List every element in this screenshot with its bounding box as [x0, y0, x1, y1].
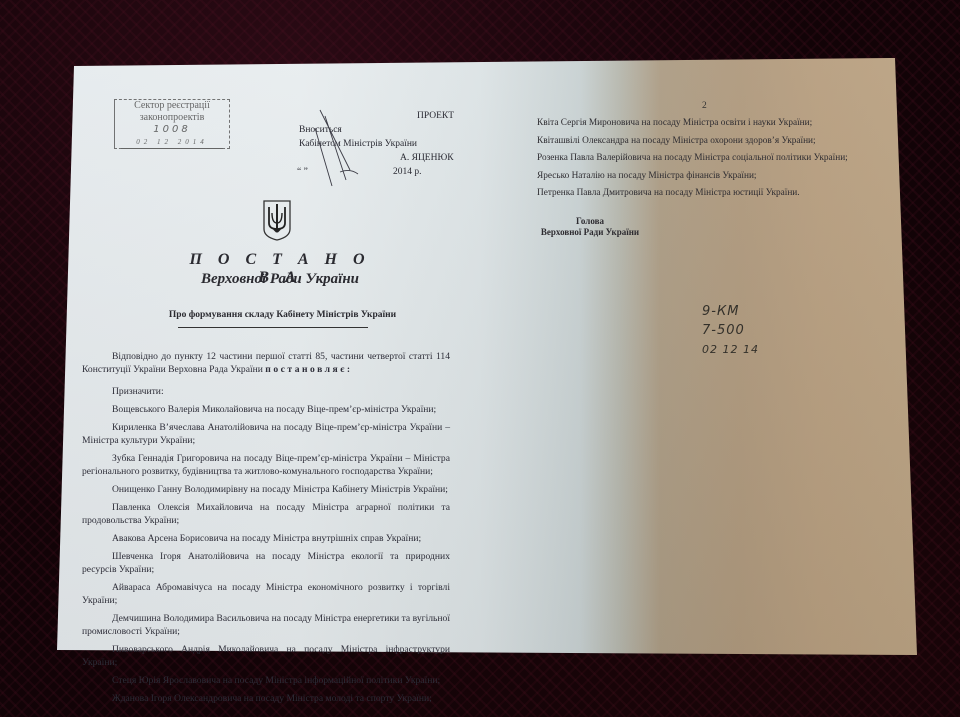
project-label: ПРОЕКТ [417, 111, 454, 121]
document-subtitle: Верховної Ради України [170, 271, 390, 288]
signature-title: Голова [538, 216, 642, 227]
appointment-item: Демчишина Володимира Васильовича на поса… [82, 612, 450, 638]
handwritten-note: 9-КМ 7-500 02 12 14 [702, 302, 759, 359]
appointment-item: Яресько Наталію на посаду Міністра фінан… [537, 168, 848, 186]
stamp-number: 1008 [115, 124, 229, 136]
stamp-date: 02 12 2014 [121, 136, 223, 149]
stamp-line-1: Сектор реєстрації [115, 100, 229, 112]
page-number: 2 [702, 101, 707, 111]
appointment-item: Вощевського Валерія Миколайовича на поса… [82, 403, 450, 416]
signature-org: Верховної Ради України [538, 227, 642, 238]
appointment-item: Стеця Юрія Ярославовича на посаду Мініст… [82, 674, 450, 687]
appointment-item: Шевченка Ігоря Анатолійовича на посаду М… [82, 550, 450, 576]
appointment-item: Пивоварського Андрія Миколайовича на пос… [82, 643, 450, 669]
appointment-item: Онищенко Ганну Володимирівну на посаду М… [82, 483, 450, 496]
date-quotes: “ ” [297, 167, 308, 177]
signature-block: Голова Верховної Ради України [538, 216, 642, 238]
appointment-item: Жданова Ігоря Олександровича на посаду М… [82, 692, 450, 705]
appointment-item: Квіташвілі Олександра на посаду Міністра… [537, 133, 848, 151]
appointment-item: Павленка Олексія Михайловича на посаду М… [82, 501, 450, 527]
appointment-item: Петренка Павла Дмитровича на посаду Міні… [537, 185, 848, 203]
year-label: 2014 р. [393, 167, 422, 177]
appointment-item: Квіта Сергія Мироновича на посаду Мініст… [537, 115, 848, 133]
heading-divider [178, 327, 368, 328]
appointment-item: Зубка Геннадія Григоровича на посаду Віц… [82, 452, 450, 478]
stamp-line-2: законопроектів [115, 112, 229, 124]
appointment-item: Айвараса Абромавічуса на посаду Міністра… [82, 581, 450, 607]
handwritten-line-2: 7-500 [702, 321, 759, 340]
appointments-list-page-2: Квіта Сергія Мироновича на посаду Мініст… [537, 115, 848, 203]
appointment-item: Кириленка В’ячеслава Анатолійовича на по… [82, 421, 450, 447]
registration-stamp: Сектор реєстрації законопроектів 1008 02… [114, 99, 230, 149]
trident-coat-of-arms-icon [262, 199, 292, 241]
preamble-emphasis: постановляє: [265, 364, 352, 375]
appointments-list-page-1: Вощевського Валерія Миколайовича на поса… [82, 403, 450, 705]
appointment-item: Розенка Павла Валерійовича на посаду Мін… [537, 150, 848, 168]
signature-mark [310, 108, 370, 188]
signatory-name: А. ЯЦЕНЮК [400, 153, 454, 163]
handwritten-line-1: 9-КМ [702, 302, 759, 321]
resolution-body: Відповідно до пункту 12 частини першої с… [82, 350, 450, 705]
appointment-item: Авакова Арсена Борисовича на посаду Міні… [82, 532, 450, 545]
preamble: Відповідно до пункту 12 частини першої с… [82, 350, 450, 376]
appoint-label: Призначити: [82, 385, 450, 398]
handwritten-line-3: 02 12 14 [702, 340, 759, 359]
document-heading: Про формування складу Кабінету Міністрів… [160, 310, 405, 320]
